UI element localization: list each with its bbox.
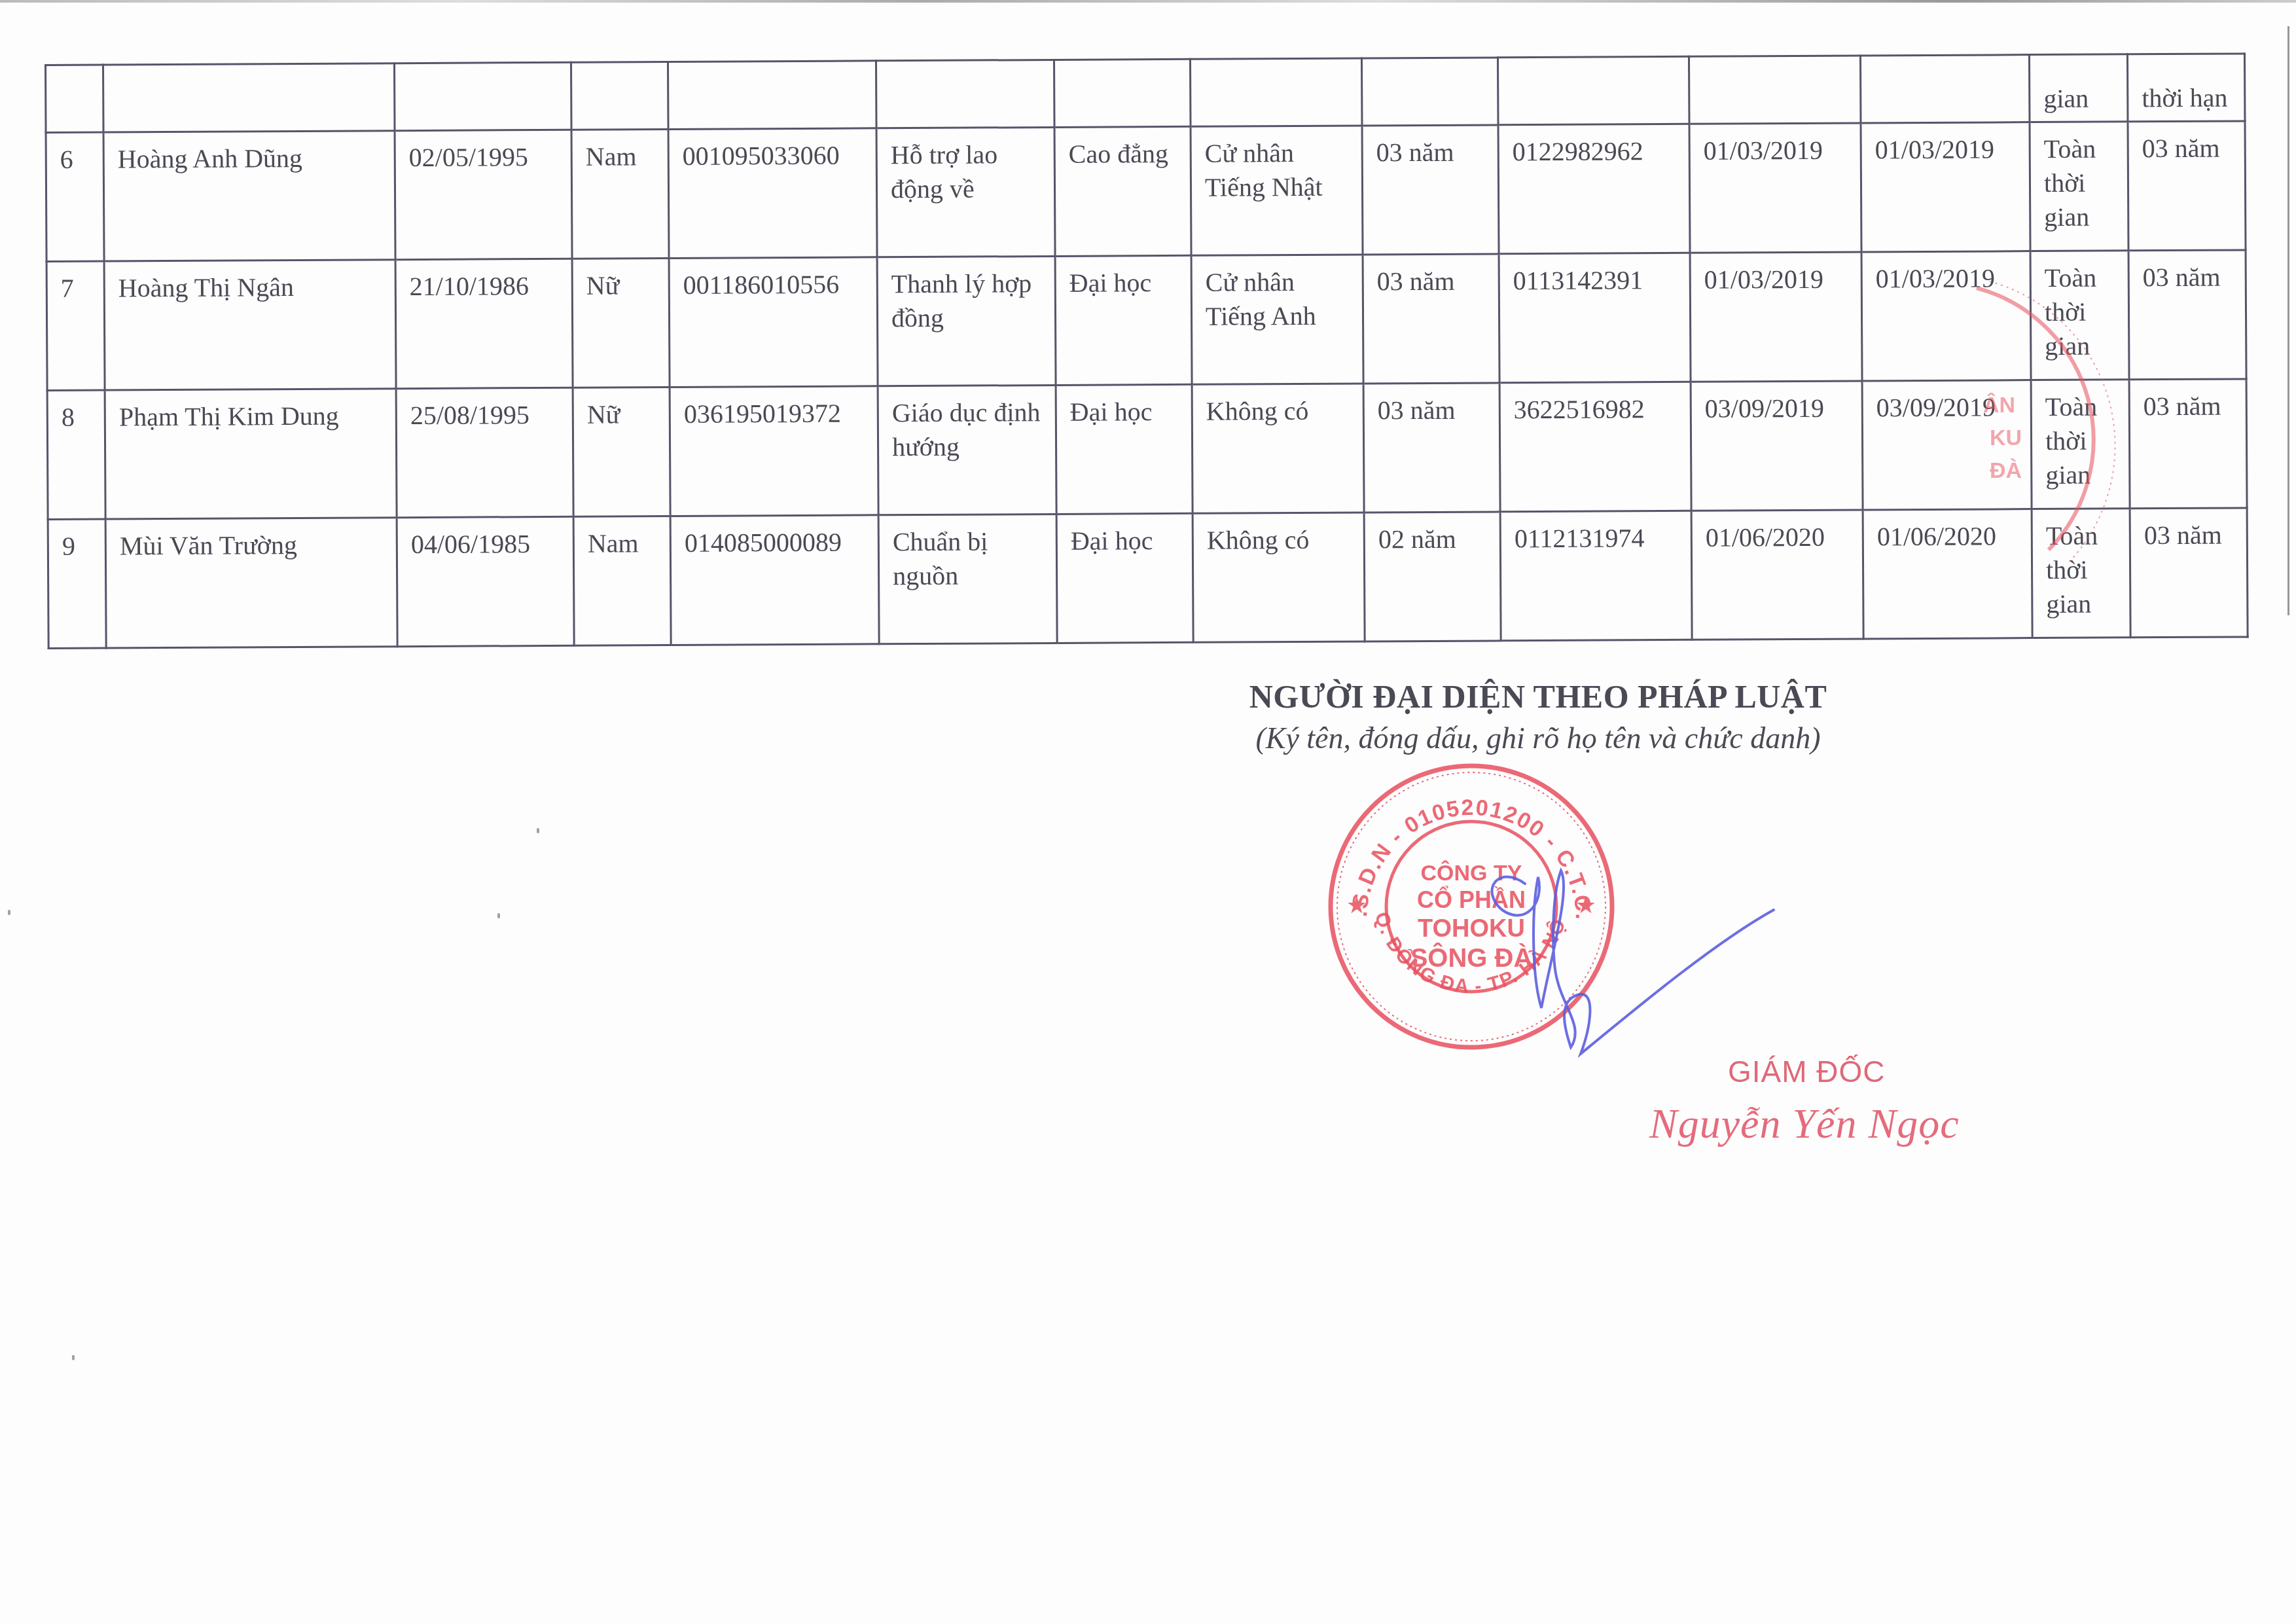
signature-block: NGƯỜI ĐẠI DIỆN THEO PHÁP LUẬT (Ký tên, đ… xyxy=(1113,677,1964,755)
row-number-cell: 7 xyxy=(46,261,105,390)
table-row: 7Hoàng Thị Ngân21/10/1986Nữ001186010556T… xyxy=(46,250,2246,391)
insurance-number-cell: 0122982962 xyxy=(1498,124,1690,254)
education-level-cell: Đại học xyxy=(1056,384,1193,514)
id-number-cell: 001095033060 xyxy=(668,128,877,259)
job-position-cell: Giáo dục định hướng xyxy=(878,385,1056,514)
qualification-cell: Cử nhân Tiếng Nhật xyxy=(1191,126,1363,255)
job-position-cell: Chuẩn bị nguồn xyxy=(878,514,1057,643)
table-header-continuation: gian thời hạn xyxy=(46,54,2245,133)
date-of-birth-cell: 25/08/1995 xyxy=(396,388,573,517)
job-position-cell: Hỗ trợ lao động về xyxy=(876,127,1055,257)
table-row: 9Mùi Văn Trường04/06/1985Nam014085000089… xyxy=(48,508,2248,649)
header-cell xyxy=(103,63,395,132)
svg-text:★: ★ xyxy=(1346,892,1367,918)
signer-role: GIÁM ĐỐC xyxy=(1728,1054,1886,1089)
header-cell xyxy=(668,61,876,130)
gender-cell: Nữ xyxy=(573,388,670,517)
table-row: 6Hoàng Anh Dũng02/05/1995Nam001095033060… xyxy=(46,121,2246,262)
contract-term-cell: 03 năm xyxy=(2128,121,2246,251)
insurance-number-cell: 3622516982 xyxy=(1499,382,1691,512)
signer-name: Nguyễn Yến Ngọc xyxy=(1649,1100,1960,1148)
staff-table: gian thời hạn 6Hoàng Anh Dũng02/05/1995N… xyxy=(45,52,2249,649)
scan-speck xyxy=(72,1355,75,1360)
start-date-cell: 03/09/2019 xyxy=(1691,381,1863,511)
row-number-cell: 9 xyxy=(48,519,106,648)
header-cell xyxy=(1689,56,1861,124)
gender-cell: Nam xyxy=(571,130,669,259)
svg-text:ÂN: ÂN xyxy=(1983,393,2015,418)
qualification-cell: Không có xyxy=(1193,513,1365,642)
svg-text:ĐÀ: ĐÀ xyxy=(1990,458,2022,483)
insurance-number-cell: 0112131974 xyxy=(1500,511,1692,641)
header-cell xyxy=(1860,55,2030,123)
job-position-cell: Thanh lý hợp đồng xyxy=(877,256,1056,386)
education-level-cell: Đại học xyxy=(1055,255,1192,385)
scan-edge-top xyxy=(0,0,2296,3)
contract-date-cell: 01/03/2019 xyxy=(1861,122,2030,252)
start-date-cell: 01/06/2020 xyxy=(1691,510,1863,640)
header-cell xyxy=(395,62,572,130)
date-of-birth-cell: 21/10/1986 xyxy=(395,259,573,388)
header-term: thời hạn xyxy=(2127,54,2245,122)
header-work-type: gian xyxy=(2029,54,2128,122)
header-cell xyxy=(1498,56,1689,125)
header-cell xyxy=(571,62,668,130)
gender-cell: Nam xyxy=(573,516,671,646)
id-number-cell: 036195019372 xyxy=(670,386,878,516)
gender-cell: Nữ xyxy=(572,259,670,388)
id-number-cell: 001186010556 xyxy=(669,257,878,388)
scan-speck xyxy=(497,913,500,918)
scan-speck xyxy=(8,910,10,915)
scan-speck xyxy=(537,828,539,833)
svg-text:KU: KU xyxy=(1990,425,2022,450)
signature-title: NGƯỜI ĐẠI DIỆN THEO PHÁP LUẬT xyxy=(1113,677,1964,715)
header-cell xyxy=(1190,58,1362,126)
row-number-cell: 8 xyxy=(47,390,105,519)
handwritten-signature-icon xyxy=(1440,812,1780,1060)
header-cell xyxy=(876,60,1054,128)
experience-cell: 02 năm xyxy=(1364,512,1501,641)
employee-name-cell: Phạm Thị Kim Dung xyxy=(105,389,397,519)
education-level-cell: Đại học xyxy=(1056,513,1193,643)
table-row: 8Phạm Thị Kim Dung25/08/1995Nữ0361950193… xyxy=(47,379,2247,520)
header-cell xyxy=(1054,59,1191,127)
insurance-number-cell: 0113142391 xyxy=(1499,253,1691,383)
overlap-stamp-icon: ÂN KU ĐÀ xyxy=(1970,275,2166,602)
id-number-cell: 014085000089 xyxy=(670,515,879,645)
employee-name-cell: Hoàng Thị Ngân xyxy=(104,260,396,390)
qualification-cell: Cử nhân Tiếng Anh xyxy=(1191,255,1363,384)
row-number-cell: 6 xyxy=(46,132,104,261)
employee-name-cell: Hoàng Anh Dũng xyxy=(103,131,395,261)
start-date-cell: 01/03/2019 xyxy=(1689,123,1861,253)
work-type-cell: Toàn thời gian xyxy=(2030,122,2128,251)
experience-cell: 03 năm xyxy=(1362,125,1499,255)
header-cell xyxy=(1361,58,1498,126)
date-of-birth-cell: 04/06/1985 xyxy=(397,516,574,646)
signature-note: (Ký tên, đóng dấu, ghi rõ họ tên và chức… xyxy=(1113,721,1964,755)
start-date-cell: 01/03/2019 xyxy=(1690,252,1862,382)
experience-cell: 03 năm xyxy=(1363,254,1499,384)
experience-cell: 03 năm xyxy=(1363,383,1500,513)
education-level-cell: Cao đẳng xyxy=(1054,126,1191,256)
scan-edge-right xyxy=(2287,26,2289,615)
qualification-cell: Không có xyxy=(1192,384,1364,513)
employee-name-cell: Mùi Văn Trường xyxy=(105,518,397,648)
header-cell xyxy=(46,65,104,132)
date-of-birth-cell: 02/05/1995 xyxy=(395,130,572,259)
